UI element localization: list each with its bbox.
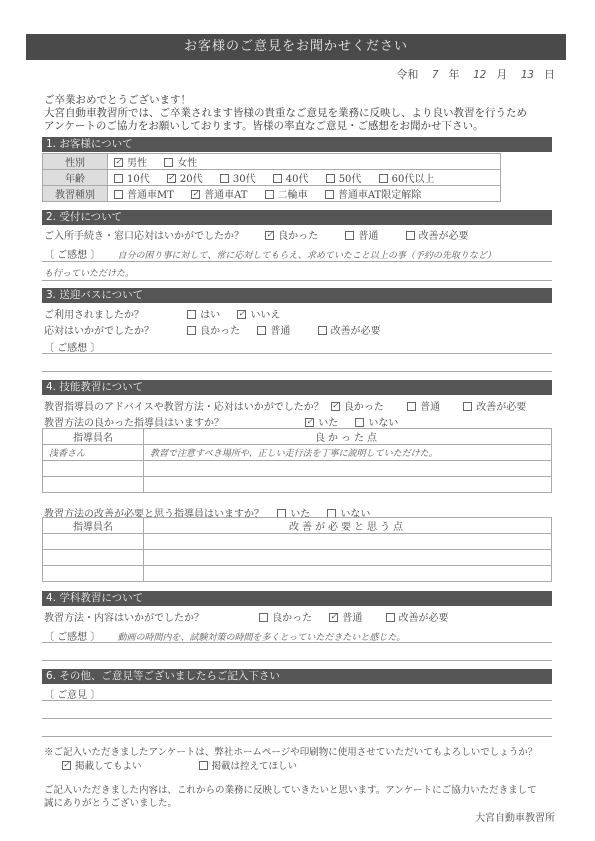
age-60s-plus[interactable]: 60代以上 [379, 174, 435, 185]
type-mt[interactable]: 普通車MT [114, 190, 174, 201]
option-good[interactable]: 良かった [187, 326, 240, 337]
table-row [43, 534, 552, 550]
checkbox-icon[interactable] [114, 174, 123, 183]
gender-male[interactable]: 男性 [114, 158, 147, 169]
checkbox-checked-icon[interactable] [62, 761, 71, 770]
intro-line: アンケートのご協力をお願いしております。皆様の率直なご意見・ご感想をお聞かせ下さ… [44, 120, 527, 133]
instructor-rating-row: 教習指導員のアドバイスや教習方法・応対はいかがでしたか？ 良かった 普通 改善が… [44, 398, 540, 413]
thanks-line: 誠にありがとうございました。 [44, 797, 537, 810]
date: 令和 7年 12月 13日 [396, 66, 555, 82]
table-row: 浅香さん 教習で注意すべき場所や、正しい走行法を丁寧に説明していただけた。 [43, 445, 552, 461]
consent-allow[interactable]: 掲載してもよい [62, 761, 142, 772]
checkbox-icon[interactable] [463, 402, 472, 411]
reception-comment-2[interactable]: も行っていただけた。 [44, 266, 148, 279]
question-text: 応対はいかがでしたか？ [44, 322, 170, 337]
option-good[interactable]: 良かった [331, 402, 384, 413]
option-normal[interactable]: 普通 [329, 613, 362, 624]
date-era: 令和 [396, 68, 418, 81]
instructor-name-cell[interactable] [43, 566, 144, 582]
rule-line [42, 261, 552, 262]
checkbox-icon[interactable] [259, 613, 268, 622]
checkbox-icon[interactable] [379, 174, 388, 183]
other-comment[interactable]: 〔 ご意見 〕 [44, 686, 114, 701]
col-header-good-points: 良かった点 [144, 429, 552, 445]
checkbox-icon[interactable] [326, 174, 335, 183]
option-needs-improvement[interactable]: 改善が必要 [463, 402, 526, 413]
checkbox-icon[interactable] [318, 326, 327, 335]
age-30s[interactable]: 30代 [220, 174, 256, 185]
intro-line: 大宮自動車教習所では、ご卒業されます皆様の貴重なご意見を業務に反映し、より良い教… [44, 107, 527, 120]
rule-line [42, 700, 552, 701]
rule-line [42, 660, 552, 661]
instructor-name-cell[interactable] [43, 550, 144, 566]
checkbox-checked-icon[interactable] [329, 613, 338, 622]
checkbox-icon[interactable] [199, 761, 208, 770]
option-normal[interactable]: 普通 [345, 231, 378, 242]
age-20s[interactable]: 20代 [167, 174, 203, 185]
age-label: 年齢 [43, 170, 108, 186]
option-needs-improvement[interactable]: 改善が必要 [406, 231, 469, 242]
checkbox-icon[interactable] [386, 613, 395, 622]
option-normal[interactable]: 普通 [407, 402, 440, 413]
form-title: お客様のご意見をお聞かせください [26, 34, 566, 60]
good-points-cell[interactable] [144, 477, 552, 493]
section-1-header: 1. お客様について [42, 137, 552, 152]
checkbox-icon[interactable] [325, 190, 334, 199]
checkbox-icon[interactable] [187, 326, 196, 335]
question-text: ご利用されましたか？ [44, 306, 170, 321]
option-needs-improvement[interactable]: 改善が必要 [318, 326, 381, 337]
improve-instructor-table: 指導員名 改善が必要と思う点 [42, 517, 552, 582]
date-day[interactable]: 13 [521, 68, 534, 81]
gender-label: 性別 [43, 154, 108, 170]
rule-line [42, 371, 552, 372]
checkbox-icon[interactable] [345, 231, 354, 240]
gender-female[interactable]: 女性 [164, 158, 197, 169]
checkbox-icon[interactable] [265, 190, 274, 199]
col-header-improve-points: 改善が必要と思う点 [144, 518, 552, 534]
classroom-comment[interactable]: 〔 ご感想 〕 動画の時間内を、試験対策の時間を多くとっていただきたいと感じた。 [44, 628, 419, 643]
table-row [43, 566, 552, 582]
option-no[interactable]: いいえ [237, 310, 280, 321]
checkbox-icon[interactable] [114, 190, 123, 199]
comment-text: も行っていただけた。 [44, 269, 134, 279]
reception-question-row: ご入所手続き・窓口応対はいかがでしたか？ 良かった 普通 改善が必要 [44, 227, 483, 242]
option-normal[interactable]: 普通 [257, 326, 290, 337]
option-good[interactable]: 良かった [265, 231, 318, 242]
year-unit: 年 [449, 68, 460, 81]
customer-info-table: 性別 男性 女性 年齢 10代 20代 30代 40代 50代 60代以上 教習… [42, 153, 501, 202]
good-points-cell[interactable] [144, 461, 552, 477]
good-instructor-table: 指導員名 良かった点 浅香さん 教習で注意すべき場所や、正しい走行法を丁寧に説明… [42, 428, 552, 493]
checkbox-checked-icon[interactable] [265, 231, 274, 240]
col-header-instructor: 指導員名 [43, 518, 144, 534]
checkbox-checked-icon[interactable] [114, 158, 123, 167]
improve-points-cell[interactable] [144, 534, 552, 550]
type-at[interactable]: 普通車AT [191, 190, 247, 201]
checkbox-checked-icon[interactable] [331, 402, 340, 411]
rule-line [42, 353, 552, 354]
month-unit: 月 [496, 68, 507, 81]
consent-options: 掲載してもよい 掲載は控えてほしい [62, 760, 297, 773]
checkbox-icon[interactable] [355, 418, 364, 427]
instructor-name-cell[interactable] [43, 461, 144, 477]
section-6-header: 6. その他、ご意見等ございましたらご記入下さい [42, 669, 552, 684]
checkbox-checked-icon[interactable] [237, 310, 246, 319]
rule-line [42, 280, 552, 281]
col-header-instructor: 指導員名 [43, 429, 144, 445]
comment-label: 〔 ご感想 〕 [44, 250, 100, 261]
thanks-line: ご記入いただきました内容は、これからの業務に反映していきたいと思います。アンケー… [44, 784, 537, 797]
checkbox-icon[interactable] [406, 231, 415, 240]
age-10s[interactable]: 10代 [114, 174, 150, 185]
type-motorcycle[interactable]: 二輪車 [265, 190, 308, 201]
checkbox-icon[interactable] [220, 174, 229, 183]
age-50s[interactable]: 50代 [326, 174, 362, 185]
consent-question: ※ご記入いただきましたアンケートは、弊社ホームページや印刷物に使用させていただい… [44, 746, 537, 759]
good-instructor-row: 教習方法の良かった指導員はいますか？ いた いない [44, 414, 412, 429]
section-4-header: 4. 技能教習について [42, 380, 552, 395]
date-month[interactable]: 12 [473, 68, 486, 81]
checkbox-icon[interactable] [164, 158, 173, 167]
checkbox-checked-icon[interactable] [191, 190, 200, 199]
table-row [43, 461, 552, 477]
rule-line [42, 642, 552, 643]
table-row [43, 550, 552, 566]
rule-line [42, 718, 552, 719]
section-2-header: 2. 受付について [42, 210, 552, 225]
age-40s[interactable]: 40代 [273, 174, 309, 185]
checkbox-checked-icon[interactable] [167, 174, 176, 183]
checkbox-checked-icon[interactable] [305, 418, 314, 427]
organization-name: 大宮自動車教習所 [475, 812, 555, 825]
intro-line: ご卒業おめでとうございます！ [44, 94, 527, 107]
reception-comment[interactable]: 〔 ご感想 〕 自分の困り事に対して、常に応対してもらえ、求めていたこと以上の事… [44, 246, 510, 261]
rule-line [42, 736, 552, 737]
bus-comment[interactable]: 〔 ご感想 〕 [44, 339, 114, 354]
instructor-name-cell[interactable] [43, 534, 144, 550]
good-points-cell[interactable]: 教習で注意すべき場所や、正しい走行法を丁寧に説明していただけた。 [144, 445, 552, 461]
question-text: 教習方法・内容はいかがでしたか？ [44, 609, 242, 624]
bus-used-row: ご利用されましたか？ はい いいえ [44, 306, 294, 321]
comment-text: 自分の困り事に対して、常に応対してもらえ、求めていたこと以上の事（予約の先取りな… [118, 251, 496, 261]
checkbox-icon[interactable] [187, 310, 196, 319]
classroom-rating-row: 教習方法・内容はいかがでしたか？ 良かった 普通 改善が必要 [44, 609, 463, 624]
option-yes[interactable]: はい [187, 310, 220, 321]
consent-decline[interactable]: 掲載は控えてほしい [199, 761, 298, 772]
date-year[interactable]: 7 [432, 68, 439, 81]
course-type-label: 教習種別 [43, 186, 108, 202]
option-good[interactable]: 良かった [259, 613, 312, 624]
checkbox-icon[interactable] [273, 174, 282, 183]
checkbox-icon[interactable] [407, 402, 416, 411]
question-text: 教習指導員のアドバイスや教習方法・応対はいかがでしたか？ [44, 402, 324, 413]
checkbox-icon[interactable] [257, 326, 266, 335]
question-text: ご入所手続き・窓口応対はいかがでしたか？ [44, 231, 244, 242]
section-3-header: 3. 送迎バスについて [42, 288, 552, 303]
table-row [43, 477, 552, 493]
instructor-name-cell[interactable] [43, 477, 144, 493]
option-needs-improvement[interactable]: 改善が必要 [386, 613, 449, 624]
section-5-header: 4. 学科教習について [42, 591, 552, 606]
bus-service-row: 応対はいかがでしたか？ 良かった 普通 改善が必要 [44, 322, 395, 337]
thanks-text: ご記入いただきました内容は、これからの業務に反映していきたいと思います。アンケー… [44, 784, 537, 810]
day-unit: 日 [544, 68, 555, 81]
instructor-name-cell[interactable]: 浅香さん [43, 445, 144, 461]
improve-points-cell[interactable] [144, 550, 552, 566]
question-text: 教習方法の良かった指導員はいますか？ [44, 414, 288, 429]
improve-points-cell[interactable] [144, 566, 552, 582]
type-at-release[interactable]: 普通車AT限定解除 [325, 190, 421, 201]
intro-text: ご卒業おめでとうございます！ 大宮自動車教習所では、ご卒業されます皆様の貴重なご… [44, 94, 527, 133]
